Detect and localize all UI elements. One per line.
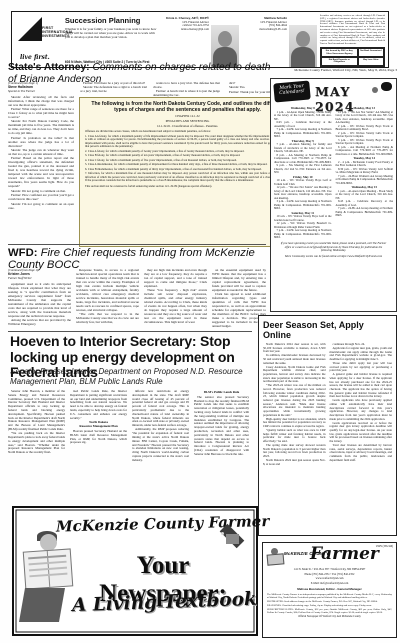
hoeven-col-4-item: The senator also pressed Secretary Haala… [194, 396, 249, 457]
newspaper-page: FIRST INTERNATIONAL INVESTMENTS live fir… [0, 0, 400, 643]
deer-col-1-item: "The 2023-24 winter was one of the milde… [263, 384, 326, 417]
calendar-col-2-item: 7 p.m. - 24-Hr. AA Group meeting at Nort… [336, 207, 394, 218]
wfd-col-2-item: Response Teams, is access to a regional … [76, 268, 139, 312]
attorney-col-2-item: Farmer: Will there be a jury or part of … [80, 81, 147, 85]
deer-col-1-item: North Dakota's 2024 deer gun season open… [263, 459, 326, 466]
calendar-header: Mark Your Calendars! MAY 2024 [274, 81, 393, 106]
masthead-address-1: 141 N. Main St. • P.O. Box 587 • Watford… [267, 568, 392, 572]
calendar-columns: Wednesday, May 81 p.m. - Al-Anon Open Me… [274, 106, 393, 240]
attorney-col-3: wants is to have a jury trial. The defen… [153, 81, 220, 98]
calendar-ornament-icon [381, 82, 392, 91]
deer-col-2-item: Those who didn't apply last year will lo… [330, 362, 393, 373]
attorney-col-1-text-item: Farmer: What range of sentences are ther… [8, 107, 74, 119]
code-section: 12.1-32-01. Classification of offenses -… [85, 125, 290, 129]
wfd-col-2-item: "The calls that we respond to in the McK… [76, 312, 139, 324]
wfd-col-1-text: equipment used as it ends its anticipate… [8, 282, 71, 326]
page-info: McKenzie County Farmer, Watford City, ND… [272, 68, 397, 72]
advisor-1-photo [211, 25, 239, 67]
community-calendar: Mark Your Calendars! MAY 2024 Wednesday,… [270, 78, 397, 312]
deer-col-1-item: Casey Anderson, North Dakota Game and Fi… [263, 366, 326, 384]
code-note: This section shall not be construed to f… [85, 185, 290, 188]
hoeven-col-2: ized Public Lands Rule, the Interior Dep… [70, 390, 127, 446]
code-items-item: 1. Class AA felony, for which a maximum … [85, 135, 290, 149]
masthead-email: E-Mail: mcf@watfordcitynd.com [267, 582, 392, 586]
hoeven-col-2-item: ized Public Lands Rule, the Interior Dep… [70, 390, 127, 420]
advisor-2-photo [289, 25, 317, 67]
calendar-col-1-item: 12 p.m. - "We Are Not Saints" AA Meeting… [274, 186, 332, 200]
hoeven-col-1: Senator John Hoeven, a member of the Sen… [8, 390, 65, 455]
masthead-p1: The McKenzie County Farmer is an indepen… [267, 593, 392, 599]
wfd-col-3-item: These "low frequency - high risk" events… [144, 288, 207, 324]
wfd-col-1: (Continued from Page 1) Kristen Jones Fa… [8, 268, 71, 326]
section-divider [8, 244, 266, 245]
masthead-editor: Melissa Buonstead, Editor - General Mana… [267, 587, 392, 591]
attorney-col-1-text-item: Farmer: Is probation on the table? Is th… [8, 136, 74, 148]
advisor-2-email: matt.schultz@LPL.com [239, 28, 287, 32]
hoeven-col-3-item: Additionally, the RMP proposes reducing … [132, 428, 189, 462]
disclosure-table-item: Not Insured by FDIC or Any Other Governm… [321, 48, 358, 57]
masthead-address-2: Phone (701) 842-2351 • Fax (701) 842-235… [267, 573, 392, 577]
calendar-col-2-item: 6 p.m. - AA Meeting at Northern Pump & C… [336, 146, 394, 157]
attorney-col-1-text-item: Skarda: I'm not going to comment on an o… [8, 202, 74, 210]
masthead-p2: POSTMASTER: Send address changes to the … [267, 600, 392, 603]
hoeven-col-3: nificant new restrictions on energy deve… [132, 390, 189, 463]
code-items-item: 7. Infraction, for which a maximum fine … [85, 172, 290, 182]
calendar-col-1: Wednesday, May 81 p.m. - Al-Anon Open Me… [274, 106, 332, 240]
hoeven-col-3-item: nificant new restrictions on energy deve… [132, 390, 189, 428]
masthead-website: www.watfordcitynd.com [267, 577, 392, 581]
wfd-col-1-text-item: equipment used as it ends its anticipate… [8, 282, 71, 318]
calendar-col-2: Monday, May 1312 p.m. - "We Are Not Sain… [336, 106, 394, 240]
attorney-col-1-text-item: Skarda: The judge can do whatever they w… [8, 148, 74, 156]
advisor-2-contact: Matthew Schultz LPL Financial Advisor (7… [239, 12, 287, 32]
advisor-2: Matthew Schultz LPL Financial Advisor (7… [239, 12, 317, 67]
deer-col-1-item: North Dakota's 2024 deer season is set, … [263, 343, 326, 354]
wfd-col-4-item: on the essential equipment used by WFD m… [212, 268, 266, 292]
deer-col-2-item: Gratis applications received on or befor… [330, 422, 393, 444]
code-chapter: CHAPTER 12.1-32 [85, 115, 290, 119]
ad-body-text: Whether it is for your family or your bu… [65, 27, 157, 39]
attorney-col-1-text-item: Skarda: Per North Dakota Century Code, t… [8, 119, 74, 135]
deer-col-2-item: Applicants for regular deer gun, gratis,… [330, 347, 393, 362]
attorney-col-3-item: wants is to have a jury trial. The defen… [153, 81, 220, 89]
mark-your-calendars-badge: Mark Your Calendars! [273, 80, 311, 102]
wfd-headline-label: WFD: [8, 247, 37, 259]
succession-planning-ad: FIRST INTERNATIONAL INVESTMENTS live fir… [11, 11, 389, 68]
logo-tagline: live first. [20, 54, 50, 61]
calendar-col-1-item: 7 p.m. - 24-Hr. AA Group meeting at Nort… [274, 229, 332, 240]
masthead-official-line: Official Newspaper Of Watford City And M… [267, 615, 392, 618]
ad-disclaimer-text: Securities and advisory services are off… [320, 15, 385, 46]
logo-triangle-icon [18, 17, 42, 41]
deer-col-2-item: Gratis applicants who have previously ap… [330, 399, 393, 421]
deer-col-2-item: Total deer licenses are determined by ha… [330, 444, 393, 462]
calendar-col-1-item: 3 p.m. - 24-Hr. AA Group meeting at Nort… [274, 200, 332, 211]
calendar-col-1-item: 7 p.m. - 24-Hr. AA Group meeting at Nort… [274, 128, 332, 139]
attorney-col-1-text: Skarda: After reviewing all the facts an… [8, 95, 74, 210]
hoeven-col-1-item: "We are pushing back on the Interior Dep… [8, 432, 65, 455]
attorney-col-1-text-item: Farmer: Based on the police report and t… [8, 156, 74, 188]
advisor-1-email: krista.cherney@lpl.com [161, 28, 209, 32]
deer-season-box: Deer Season Set, Apply Online North Dako… [258, 315, 397, 536]
deer-headline: Deer Season Set, Apply Online [263, 320, 392, 340]
advisor-1-contact: Krista A. Cherney, AIF®, RICP® LPL Finan… [161, 12, 209, 32]
advisor-1: Krista A. Cherney, AIF®, RICP® LPL Finan… [161, 12, 239, 67]
disclosure-table: Not Insured by FDIC or Any Other Governm… [320, 47, 385, 67]
attorney-col-2: Farmer: Will there be a jury or part of … [80, 81, 147, 94]
deer-col-1-item: In addition, muzzleloader licenses decre… [263, 354, 326, 365]
attorney-col-1-text-item: Skarda: I'm not going to comment on that… [8, 189, 74, 193]
deer-col-1-item: High-quality deer habitat is not abundan… [263, 418, 326, 429]
newspaper-reader-illustration [22, 534, 78, 630]
code-subtitle: PENALTIES AND SENTENCING [85, 120, 290, 124]
deer-columns: North Dakota's 2024 deer season is set, … [263, 343, 392, 467]
attorney-col-2-item: Skarda: The defendant has a right to a b… [80, 85, 147, 93]
first-international-logo: FIRST INTERNATIONAL INVESTMENTS live fir… [12, 12, 63, 67]
calendar-ornament-icon [372, 87, 378, 93]
wfd-col-2: Response Teams, is access to a regional … [76, 268, 139, 325]
wfd-col-3-item: they are high risk incidents and even th… [144, 268, 207, 288]
hoeven-col-4: BLM's Public Lands RuleThe senator also … [194, 390, 249, 457]
deer-col-1-item: "Quality habitat such as what was once i… [263, 429, 326, 444]
ad-disclaimer: Securities and advisory services are off… [317, 12, 388, 67]
masthead-p3: DEADLINES: Classified advertising copy: … [267, 604, 392, 607]
wfd-col-1-text-item: Among the services that are provided by … [8, 318, 71, 326]
disclosure-table-item: May Lose Value [358, 57, 384, 66]
deer-col-1: North Dakota's 2024 deer season is set, … [263, 343, 326, 467]
your-newspaper-ad: McKenzie County Farmer Your Newspaper: A… [12, 506, 258, 636]
disclosure-table-item: Not Bank Deposits or Obligations [321, 57, 358, 66]
hoeven-col-1-item: Senator John Hoeven, a member of the Sen… [8, 390, 65, 432]
attorney-byline-role: Special to The Farmer [8, 89, 74, 93]
century-code-box: The following is from the North Dakota C… [79, 97, 296, 247]
masthead-p4: SUBSCRIPTION RATES: McKenzie County, $52… [267, 608, 392, 614]
masthead-fine-print: The McKenzie County Farmer is an indepen… [267, 593, 392, 614]
deer-col-2: continues through Nov. 24.Applicants for… [330, 343, 393, 467]
hoeven-col-2-item: North Dakota Resource Management Plan [70, 421, 127, 429]
deer-col-2-item: A general game and habitat license is re… [330, 373, 393, 399]
ad-copy: Succession Planning Whether it is for yo… [63, 12, 161, 67]
attorney-col-1: (Continued from Page 1) Steve Hallstrom … [8, 81, 74, 210]
newspaper-reader-icon [267, 548, 282, 563]
hoeven-subhead: Senator Presses Interior Department on P… [10, 367, 250, 386]
deer-col-1-item: The spring mule deer survey showed weste… [263, 444, 326, 459]
calendar-col-1-item: 9 p.m. - NA Meeting at the First Luthera… [274, 164, 332, 175]
wfd-byline-role: Farmer Staff Writer [8, 276, 71, 280]
attorney-col-1-text-item: Skarda: After reviewing all the facts an… [8, 95, 74, 107]
section-divider [8, 331, 252, 332]
ad-heading: Succession Planning [65, 16, 157, 25]
wfd-col-3: they are high risk incidents and even th… [144, 268, 207, 325]
code-lead: Offenses are divided into seven classes,… [85, 130, 290, 133]
code-items-item: 3. Class B felony, for which a maximum p… [85, 154, 290, 157]
hoeven-col-2-item: Hoeven pressed Secretary Haaland on the … [70, 430, 127, 445]
code-items: 1. Class AA felony, for which a maximum … [85, 135, 290, 183]
disclosure-table-item: Not Bank Guaranteed [358, 48, 384, 57]
calendar-col-1-item: 7 p.m. - Al-Anon Meeting, for family and… [274, 143, 332, 154]
graduation-cap-icon [220, 522, 246, 546]
masthead-name: Farmer [310, 544, 379, 564]
attorney-headline-label: State's Attorney: [8, 62, 90, 73]
masthead-box: USPS (336-340) McKENZIE COUNTY Farmer 14… [262, 542, 397, 638]
code-box-intro: The following is from the North Dakota C… [85, 101, 290, 113]
attorney-col-1-text-item: Farmer: How confident are you that you'l… [8, 193, 74, 201]
calendar-col-2-item: 7 p.m. - 24-Hour Women's AA Group Meetin… [336, 175, 394, 186]
masthead-logo: McKENZIE COUNTY Farmer [267, 546, 392, 567]
